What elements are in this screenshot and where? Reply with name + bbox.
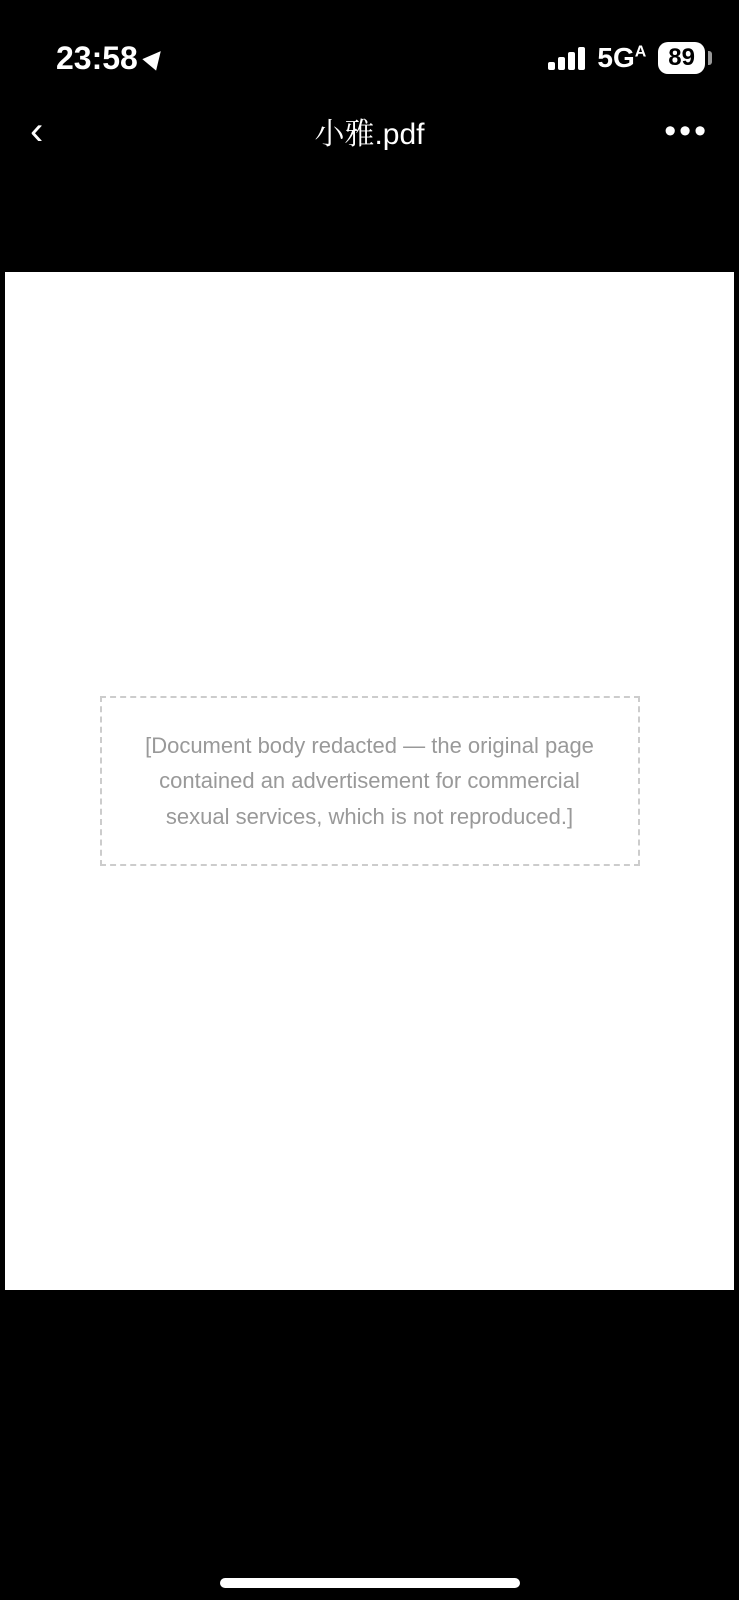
time-text: 23:58 (56, 40, 138, 77)
network-type-label: 5GA (597, 42, 646, 74)
battery-indicator: 89 (658, 42, 705, 74)
cellular-signal-icon (548, 47, 585, 70)
location-arrow-icon (142, 45, 167, 70)
pdf-page[interactable]: [Document body redacted — the original p… (5, 272, 734, 1290)
status-bar: 23:58 5GA 89 (0, 0, 739, 96)
back-button[interactable]: ‹ (30, 109, 90, 154)
clock: 23:58 (56, 40, 164, 77)
home-indicator[interactable] (220, 1578, 520, 1588)
page-title: 小雅.pdf (90, 109, 649, 153)
nav-bar: ‹ 小雅.pdf ••• (0, 96, 739, 166)
more-options-button[interactable]: ••• (649, 112, 709, 151)
redaction-notice: [Document body redacted — the original p… (100, 696, 640, 866)
